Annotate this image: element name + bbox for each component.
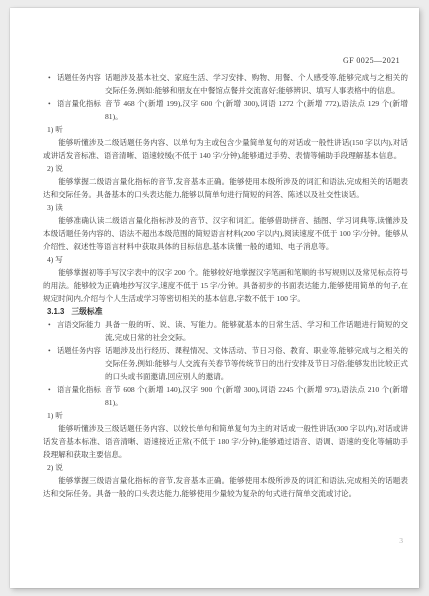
bullet-item-communication-l3: • 言语交际能力 具备一般的听、说、读、写能力。能够就基本的日常生活、学习和工作… bbox=[43, 318, 408, 344]
bullet-item-quantitative-l2: • 语言量化指标 音节 468 个(新增 199),汉字 600 个(新增 30… bbox=[43, 97, 408, 123]
bullet-text: 话题涉及出行经历、课程情况、文体活动、节日习俗、教育、职业等,能够完成与之相关的… bbox=[105, 344, 408, 383]
bullet-label: 话题任务内容 bbox=[57, 344, 101, 357]
bullet-text: 音节 468 个(新增 199),汉字 600 个(新增 300),词语 127… bbox=[105, 97, 408, 123]
skill-heading-writing-l2: 4) 写 bbox=[47, 253, 408, 266]
bullet-text: 具备一般的听、说、读、写能力。能够就基本的日常生活、学习和工作话题进行简短的交流… bbox=[105, 318, 408, 344]
skill-heading-listening-l3: 1) 听 bbox=[47, 409, 408, 422]
page-number: 3 bbox=[399, 536, 403, 545]
paragraph-listening-l2: 能够听懂涉及二级话题任务内容、以单句为主或包含少量简单复句的对话或一般性讲话(1… bbox=[43, 136, 408, 162]
bullet-label: 话题任务内容 bbox=[57, 71, 101, 84]
document-page: GF 0025—2021 • 话题任务内容 话题涉及基本社交、家庭生活、学习安排… bbox=[10, 8, 419, 588]
paragraph-writing-l2: 能够掌握初等手写汉字表中的汉字 200 个。能够较好地掌握汉字笔画和笔顺的书写规… bbox=[43, 266, 408, 305]
paragraph-listening-l3: 能够听懂涉及三级话题任务内容、以较长单句和简单复句为主的对话或一般性讲话(300… bbox=[43, 422, 408, 461]
bullet-dot: • bbox=[48, 344, 51, 357]
bullet-dot: • bbox=[48, 97, 51, 110]
bullet-dot: • bbox=[48, 71, 51, 84]
bullet-item-topic-tasks-l3: • 话题任务内容 话题涉及出行经历、课程情况、文体活动、节日习俗、教育、职业等,… bbox=[43, 344, 408, 383]
bullet-item-quantitative-l3: • 语言量化指标 音节 608 个(新增 140),汉字 900 个(新增 30… bbox=[43, 383, 408, 409]
section-heading-3-1-3: 3.1.3三级标准 bbox=[47, 305, 408, 318]
bullet-item-topic-tasks-l2: • 话题任务内容 话题涉及基本社交、家庭生活、学习安排、购物、用餐、个人感受等,… bbox=[43, 71, 408, 97]
section-title: 三级标准 bbox=[71, 307, 102, 316]
skill-heading-speaking-l3: 2) 说 bbox=[47, 461, 408, 474]
bullet-text: 音节 608 个(新增 140),汉字 900 个(新增 300),词语 224… bbox=[105, 383, 408, 409]
paragraph-speaking-l2: 能够掌握二级语言量化指标的音节,发音基本正确。能够使用本级所涉及的词汇和语法,完… bbox=[43, 175, 408, 201]
page-content: • 话题任务内容 话题涉及基本社交、家庭生活、学习安排、购物、用餐、个人感受等,… bbox=[43, 71, 408, 500]
bullet-text: 话题涉及基本社交、家庭生活、学习安排、购物、用餐、个人感受等,能够完成与之相关的… bbox=[105, 71, 408, 97]
skill-heading-speaking-l2: 2) 说 bbox=[47, 162, 408, 175]
skill-heading-listening-l2: 1) 听 bbox=[47, 123, 408, 136]
bullet-dot: • bbox=[48, 318, 51, 331]
paragraph-reading-l2: 能够准确认读二级语言量化指标涉及的音节、汉字和词汇。能够借助拼音、插图、学习词典… bbox=[43, 214, 408, 253]
skill-heading-reading-l2: 3) 读 bbox=[47, 201, 408, 214]
standard-code: GF 0025—2021 bbox=[343, 56, 400, 65]
bullet-dot: • bbox=[48, 383, 51, 396]
bullet-label: 语言量化指标 bbox=[57, 97, 101, 110]
bullet-label: 语言量化指标 bbox=[57, 383, 101, 396]
bullet-label: 言语交际能力 bbox=[57, 318, 101, 331]
section-number: 3.1.3 bbox=[47, 307, 64, 316]
paragraph-speaking-l3: 能够掌握三级语言量化指标的音节,发音基本正确。能够使用本级所涉及的词汇和语法,完… bbox=[43, 474, 408, 500]
